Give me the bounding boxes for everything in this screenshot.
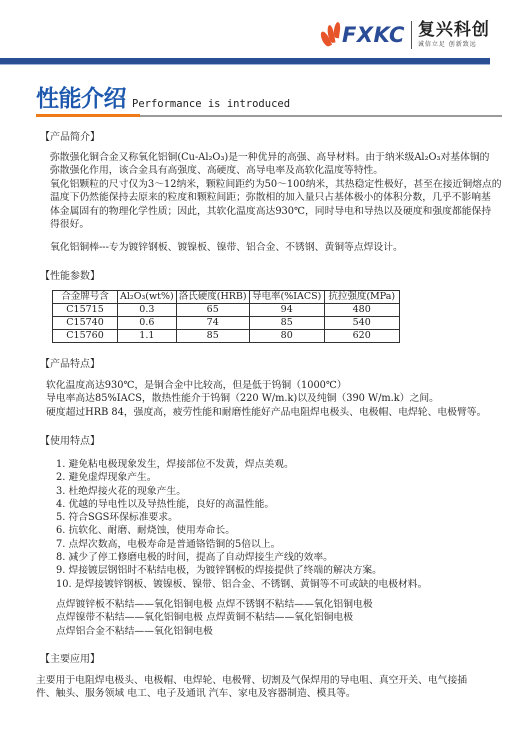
table-cell: 480 (324, 304, 399, 317)
page-title-en: Performance is introduced (132, 98, 290, 110)
table-cell: 65 (176, 304, 249, 317)
applications-paragraph: 主要用于电阻焊电极头、电极帽、电焊轮、电极臂、切割及气保焊用的导电咀、真空开关、… (36, 674, 467, 701)
intro-paragraph: 弥散强化铜合金又称氧化铝铜(Cu-Al₂O₃)是一种优异的高强、高导材料。由于纳… (50, 151, 502, 231)
rod-description: 氧化铝铜棒---专为镀锌钢板、镀镍板、镍带、铝合金、不锈钢、黄铜等点焊设计。 (50, 241, 403, 254)
list-item: 10. 是焊接镀锌钢板、镀镍板、镍带、铝合金、不锈钢、黄铜等不可或缺的电极材料。 (56, 578, 427, 591)
logo-text-en: FXKC (342, 23, 405, 47)
list-item: 7. 点焊次数高，电极寿命是普通铬锆铜的5倍以上。 (56, 538, 427, 551)
usage-list: 1. 避免粘电极现象发生，焊接部位不发黄，焊点美观。 2. 避免虚焊现象产生。 … (56, 458, 427, 591)
table-cell: 620 (324, 330, 399, 343)
params-table: 合金牌号含 Al₂O₃(wt%) 洛氏硬度(HRB) 导电率(%IACS) 抗拉… (52, 290, 400, 343)
section-heading-usage: 【使用特点】 (40, 432, 100, 447)
table-cell: C15715 (53, 304, 118, 317)
note-line: 点焊铝合金不粘结——氧化铝铜电极 (56, 625, 373, 638)
list-item: 2. 避免虚焊现象产生。 (56, 471, 427, 484)
table-header: 洛氏硬度(HRB) (176, 291, 249, 304)
flame-logo-icon (320, 21, 346, 49)
page-title: 性能介绍 Performance is introduced (36, 88, 290, 111)
table-cell: 85 (176, 330, 249, 343)
note-line: 点焊镍带不粘结——氧化铝铜电极 点焊黄铜不粘结——氧化铝铜电极 (56, 611, 373, 624)
list-item: 3. 杜绝焊接火花的现象产生。 (56, 485, 427, 498)
table-cell: 0.6 (118, 317, 177, 330)
header-bar-shadow (0, 64, 490, 65)
section-heading-features: 【产品特点】 (40, 355, 100, 370)
table-header: Al₂O₃(wt%) (118, 291, 177, 304)
table-row: C15715 0.3 65 94 480 (53, 304, 400, 317)
table-cell: 74 (176, 317, 249, 330)
title-underline (140, 115, 502, 117)
list-item: 1. 避免粘电极现象发生，焊接部位不发黄，焊点美观。 (56, 458, 427, 471)
company-logo: FXKC 复兴科创 诚信立足 创新致远 (320, 18, 490, 52)
table-cell: C15740 (53, 317, 118, 330)
usage-notes: 点焊镀锌板不粘结——氧化铝铜电极 点焊不锈钢不粘结——氧化铝铜电极 点焊镍带不粘… (56, 598, 373, 638)
table-header-row: 合金牌号含 Al₂O₃(wt%) 洛氏硬度(HRB) 导电率(%IACS) 抗拉… (53, 291, 400, 304)
feature-line: 软化温度高达930℃，是铜合金中比较高，但是低于钨铜（1000℃） (46, 379, 486, 392)
application-line: 件、触头、服务领域 电工、电子及通讯 汽车、家电及容器制造、模具等。 (36, 687, 467, 700)
table-header: 抗拉强度(MPa) (324, 291, 399, 304)
table-cell: 94 (249, 304, 324, 317)
list-item: 8. 减少了停工修磨电极的时间，提高了自动焊接生产线的效率。 (56, 551, 427, 564)
table-cell: C15760 (53, 330, 118, 343)
intro-line: 得很好。 (50, 218, 502, 231)
table-cell: 0.3 (118, 304, 177, 317)
features-paragraph: 软化温度高达930℃，是铜合金中比较高，但是低于钨铜（1000℃） 导电率高达8… (46, 379, 486, 419)
table-header: 合金牌号含 (53, 291, 118, 304)
intro-line: 温度下仍然能保持去原来的粒度和颗粒间距；弥散相的加入量只占基体极小的体积分数，几… (50, 191, 502, 204)
table-cell: 85 (249, 317, 324, 330)
table-cell: 540 (324, 317, 399, 330)
table-header: 导电率(%IACS) (249, 291, 324, 304)
table-row: C15760 1.1 85 80 620 (53, 330, 400, 343)
table-cell: 1.1 (118, 330, 177, 343)
list-item: 4. 优越的导电性以及导热性能，良好的高温性能。 (56, 498, 427, 511)
list-item: 5. 符合SGS环保标准要求。 (56, 511, 427, 524)
page-title-cn: 性能介绍 (36, 88, 126, 111)
logo-divider (411, 21, 412, 49)
table-row: C15740 0.6 74 85 540 (53, 317, 400, 330)
section-heading-applications: 【主要应用】 (40, 650, 100, 665)
application-line: 主要用于电阻焊电极头、电极帽、电焊轮、电极臂、切割及气保焊用的导电咀、真空开关、… (36, 674, 467, 687)
list-item: 6. 抗软化、耐磨、耐烧蚀，使用寿命长。 (56, 524, 427, 537)
logo-text-cn: 复兴科创 (418, 22, 490, 39)
title-underline-accent (36, 114, 140, 117)
table-cell: 80 (249, 330, 324, 343)
intro-line: 弥散强化铜合金又称氧化铝铜(Cu-Al₂O₃)是一种优异的高强、高导材料。由于纳… (50, 151, 502, 164)
note-line: 点焊镀锌板不粘结——氧化铝铜电极 点焊不锈钢不粘结——氧化铝铜电极 (56, 598, 373, 611)
logo-slogan: 诚信立足 创新致远 (418, 42, 490, 48)
intro-line: 体金属固有的物理化学性质；因此，其软化温度高达930℃，同时导电和导热以及硬度和… (50, 205, 502, 218)
intro-line: 氧化铝颗粒的尺寸仅为3～12纳米，颗粒间距约为50～100纳米，其热稳定性极好，… (50, 178, 502, 191)
feature-line: 硬度超过HRB 84，强度高，疲劳性能和耐磨性能好产品电阻焊电极头、电极帽、电焊… (46, 406, 486, 419)
intro-line: 弥散强化作用，该合金具有高强度、高硬度、高导电率及高软化温度等特性。 (50, 164, 502, 177)
feature-line: 导电率高达85%IACS，散热性能介于钨铜（220 W/m.k)以及纯铜（390… (46, 392, 486, 405)
list-item: 9. 焊接镀层钢铝时不粘结电极，为镀锌钢板的焊接提供了终端的解决方案。 (56, 564, 427, 577)
section-heading-params: 【性能参数】 (40, 267, 100, 282)
section-heading-intro: 【产品简介】 (40, 128, 100, 143)
